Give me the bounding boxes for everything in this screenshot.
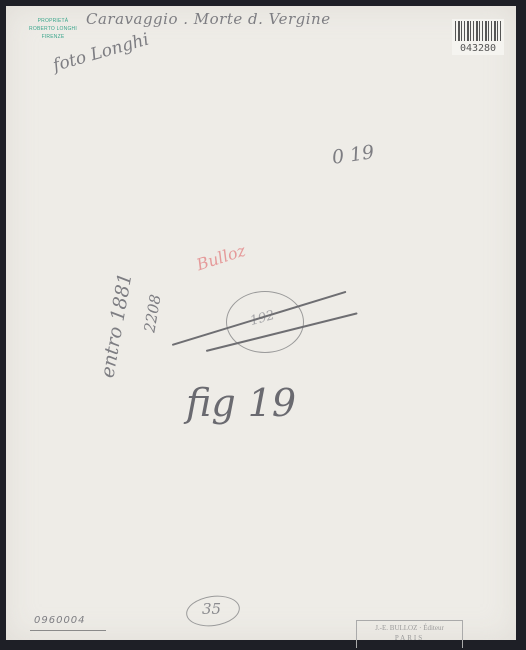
red-pencil-note: Bulloz (195, 243, 248, 274)
title-annotation: Caravaggio . Morte d. Vergine (86, 12, 331, 27)
barcode-label: 043280 (452, 19, 504, 55)
top-right-code: 0 19 (331, 143, 376, 168)
publisher-stamp-line1: J.-E. BULLOZ · Éditeur (357, 623, 462, 633)
owner-stamp-line2: ROBERTO LONGHI (20, 25, 86, 33)
inventory-underline (30, 630, 106, 631)
inventory-number: 0960004 (34, 616, 86, 626)
publisher-stamp: J.-E. BULLOZ · Éditeur PARIS (356, 620, 463, 648)
photo-verso-sheet: PROPRIETÀ ROBERTO LONGHI FIRENZE Caravag… (6, 6, 516, 640)
bottom-circled-number: 35 (202, 602, 221, 617)
owner-stamp-line3: FIRENZE (20, 33, 86, 41)
owner-stamp-line1: PROPRIETÀ (20, 17, 86, 25)
barcode-number: 043280 (452, 43, 504, 54)
publisher-stamp-line2: PARIS (357, 633, 462, 643)
vertical-note: entro 1881 (98, 272, 135, 380)
owner-stamp: PROPRIETÀ ROBERTO LONGHI FIRENZE (20, 17, 86, 41)
vertical-number: 2208 (142, 293, 163, 333)
barcode-icon (455, 21, 501, 41)
figure-label: fig 19 (186, 384, 296, 422)
